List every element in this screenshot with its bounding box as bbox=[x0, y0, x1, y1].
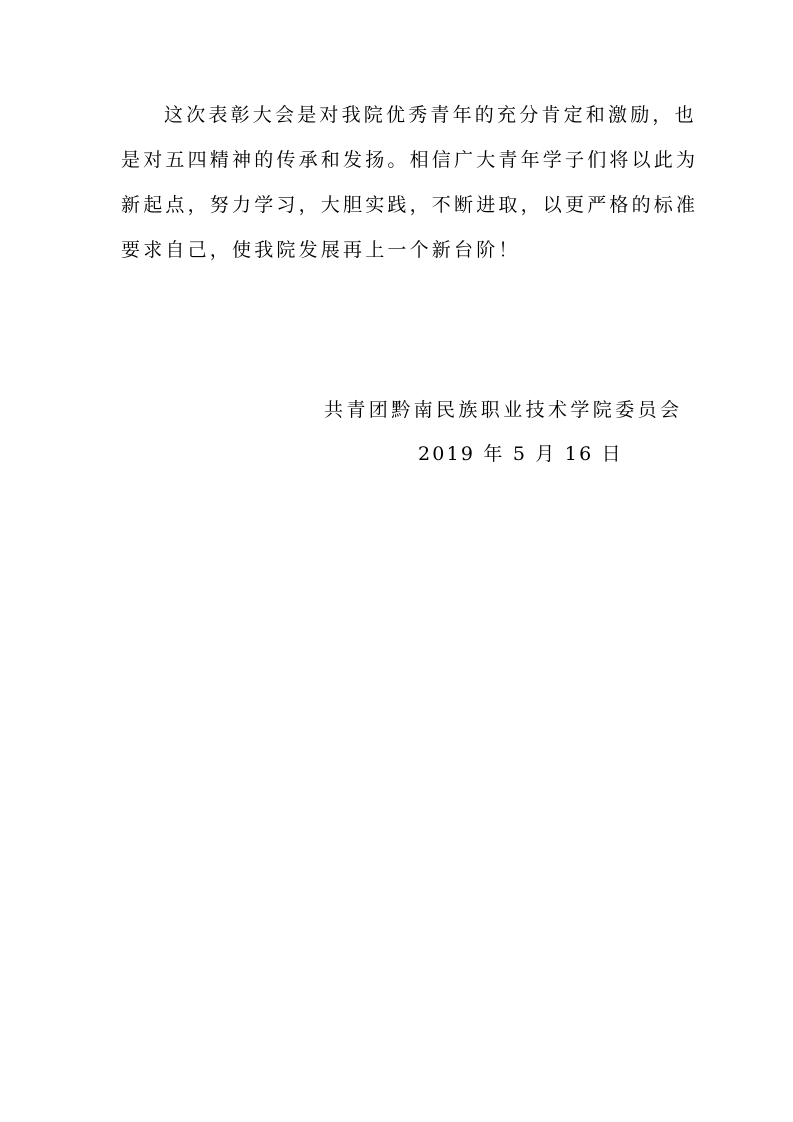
signature-organization: 共青团黔南民族职业技术学院委员会 bbox=[324, 400, 682, 420]
paragraph-line: 新起点，努力学习，大胆实践，不断进取，以更严格的标准 bbox=[121, 195, 698, 215]
paragraph-line: 这次表彰大会是对我院优秀青年的充分肯定和激励，也 bbox=[164, 105, 697, 125]
paragraph-line: 是对五四精神的传承和发扬。相信广大青年学子们将以此为 bbox=[121, 150, 698, 170]
signature-date: 2019 年 5 月 16 日 bbox=[418, 444, 623, 464]
document-page: 这次表彰大会是对我院优秀青年的充分肯定和激励，也 是对五四精神的传承和发扬。相信… bbox=[0, 0, 793, 1122]
paragraph-line: 要求自己，使我院发展再上一个新台阶！ bbox=[121, 240, 521, 260]
